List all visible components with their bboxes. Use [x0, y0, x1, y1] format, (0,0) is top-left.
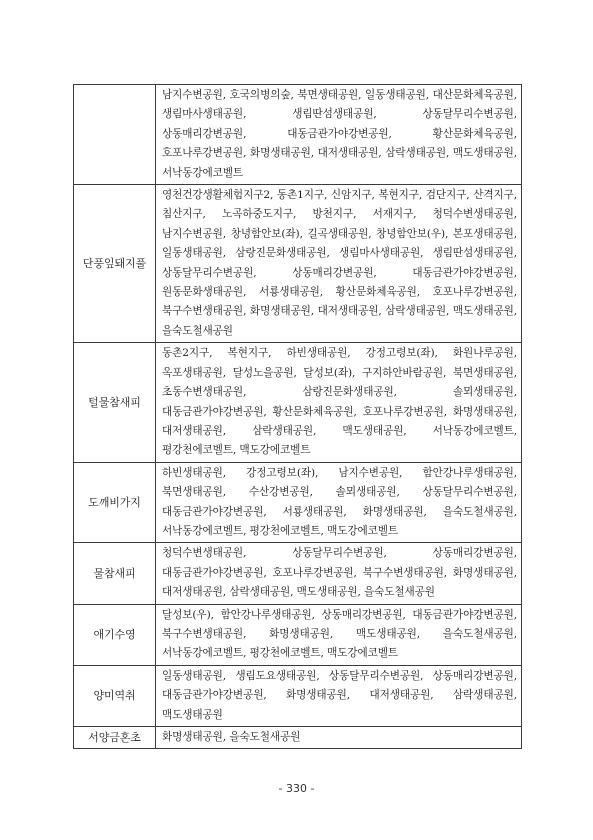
sites-list-cell: 영천건강생활체험지구2, 동촌1지구, 신암지구, 복현지구, 검단지구, 산격… [156, 185, 522, 343]
table-row: 애기수영 달성보(우), 함안강나루생태공원, 상동매리강변공원, 대동금관가야… [74, 604, 522, 665]
sites-list-cell: 화명생태공원, 을숙도철새공원 [156, 727, 522, 749]
sites-list-cell: 청덕수변생태공원, 상동달무리수변공원, 상동매리강변공원, 대동금관가야강변공… [156, 543, 522, 604]
table-row: 털물참새피 동촌2지구, 복현지구, 하빈생태공원, 강정고령보(좌), 화원나… [74, 343, 522, 462]
species-name-cell: 서양금혼초 [74, 727, 156, 749]
document-page: 남지수변공원, 호국의병의숲, 북면생태공원, 일동생태공원, 대산문화체육공원… [0, 0, 593, 840]
table-row: 물참새피 청덕수변생태공원, 상동달무리수변공원, 상동매리강변공원, 대동금관… [74, 543, 522, 604]
species-name-cell: 도깨비가지 [74, 462, 156, 543]
table-row: 단풍잎돼지풀 영천건강생활체험지구2, 동촌1지구, 신암지구, 복현지구, 검… [74, 185, 522, 343]
page-number: - 330 - [0, 782, 593, 795]
sites-list-cell: 동촌2지구, 복현지구, 하빈생태공원, 강정고령보(좌), 화원나루공원, 옥… [156, 343, 522, 462]
sites-list-cell: 남지수변공원, 호국의병의숲, 북면생태공원, 일동생태공원, 대산문화체육공원… [156, 85, 522, 185]
species-name-cell: 애기수영 [74, 604, 156, 665]
invasive-species-location-table: 남지수변공원, 호국의병의숲, 북면생태공원, 일동생태공원, 대산문화체육공원… [73, 84, 522, 749]
table-row: 서양금혼초 화명생태공원, 을숙도철새공원 [74, 727, 522, 749]
species-name-cell: 털물참새피 [74, 343, 156, 462]
sites-list-cell: 일동생태공원, 생림도요생태공원, 상동달무리수변공원, 상동매리강변공원, 대… [156, 665, 522, 726]
species-name-cell: 양미역취 [74, 665, 156, 726]
species-name-cell: 물참새피 [74, 543, 156, 604]
table-row: 도깨비가지 하빈생태공원, 강정고령보(좌), 남지수변공원, 함안강나루생태공… [74, 462, 522, 543]
species-name-cell: 단풍잎돼지풀 [74, 185, 156, 343]
species-name-cell [74, 85, 156, 185]
sites-list-cell: 하빈생태공원, 강정고령보(좌), 남지수변공원, 함안강나루생태공원, 북면생… [156, 462, 522, 543]
table-row: 양미역취 일동생태공원, 생림도요생태공원, 상동달무리수변공원, 상동매리강변… [74, 665, 522, 726]
sites-list-cell: 달성보(우), 함안강나루생태공원, 상동매리강변공원, 대동금관가야강변공원,… [156, 604, 522, 665]
table-row: 남지수변공원, 호국의병의숲, 북면생태공원, 일동생태공원, 대산문화체육공원… [74, 85, 522, 185]
